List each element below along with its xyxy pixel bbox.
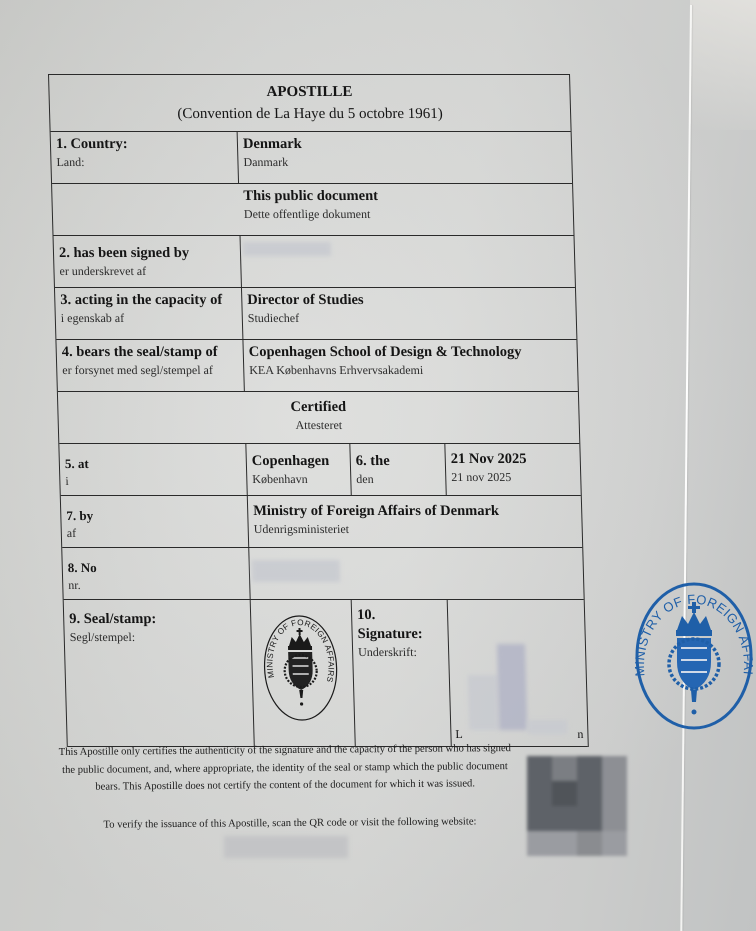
- capacity-label-da: i egenskab af: [61, 310, 237, 327]
- verify-instructions: To verify the issuance of this Apostille…: [60, 816, 520, 831]
- seal-of-value: Copenhagen School of Design & Technology: [249, 343, 573, 362]
- number-label-da: nr.: [68, 577, 244, 594]
- seal-of-label: 4. bears the seal/stamp of: [62, 343, 244, 362]
- signature-redacted: [459, 630, 552, 730]
- capacity-label: 3. acting in the capacity of: [60, 291, 237, 310]
- page-fold-shadow: [690, 0, 756, 130]
- signed-by-label-da: er underskrevet af: [59, 263, 235, 280]
- country-row: 1. Country: Land: Denmark Danmark: [51, 132, 572, 184]
- signed-by-label: 2. has been signed by: [59, 244, 236, 263]
- country-value-da: Danmark: [243, 154, 566, 171]
- certified-heading-da: Attesteret: [64, 417, 574, 434]
- at-label-da: i: [65, 473, 241, 490]
- capacity-value-da: Studiechef: [248, 310, 571, 327]
- country-value: Denmark: [243, 135, 567, 154]
- capacity-value: Director of Studies: [247, 291, 571, 310]
- date-value: 21 Nov 2025: [451, 450, 576, 469]
- disclaimer-text: This Apostille only certifies the authen…: [54, 740, 516, 797]
- by-value: Ministry of Foreign Affairs of Denmark: [253, 502, 577, 521]
- at-value: Copenhagen: [252, 452, 346, 471]
- issuer-row: 7. by af Ministry of Foreign Affairs of …: [61, 496, 582, 548]
- by-label-da: af: [67, 525, 243, 542]
- capacity-row: 3. acting in the capacity of i egenskab …: [55, 288, 576, 340]
- number-row: 8. No nr.: [62, 548, 583, 600]
- page-fold-line: [680, 5, 691, 931]
- signature-label-da: Underskrift:: [358, 644, 443, 661]
- date-value-da: 21 nov 2025: [451, 469, 575, 486]
- convention-subtitle: (Convention de La Haye du 5 octobre 1961…: [55, 103, 566, 125]
- public-document-heading: This public document: [243, 187, 568, 206]
- seal-signature-row: 9. Seal/stamp: Segl/stempel: MINISTRY OF…: [64, 600, 588, 747]
- seal-of-row: 4. bears the seal/stamp of er forsynet m…: [56, 340, 577, 392]
- at-value-da: København: [252, 471, 345, 488]
- verify-url-redacted[interactable]: [224, 836, 348, 858]
- seal-of-value-da: KEA Københavns Erhvervsakademi: [249, 362, 572, 379]
- apostille-table: APOSTILLE (Convention de La Haye du 5 oc…: [48, 74, 589, 747]
- seal-stamp-label: 9. Seal/stamp:: [69, 610, 246, 629]
- date-label-da: den: [356, 471, 440, 488]
- signed-by-row: 2. has been signed by er underskrevet af: [54, 236, 575, 288]
- public-document-heading-da: Dette offentlige dokument: [244, 206, 568, 223]
- signature-label: 10. Signature:: [357, 606, 443, 644]
- seal-stamp-label-da: Segl/stempel:: [70, 629, 246, 646]
- certified-heading: Certified: [63, 398, 574, 417]
- seal-of-label-da: er forsynet med segl/stempel af: [62, 362, 243, 379]
- date-label: 6. the: [356, 452, 441, 471]
- margin-stamp-icon: MINISTRY OF FOREIGN AFFAIRS: [633, 578, 755, 734]
- country-label: 1. Country:: [56, 135, 233, 154]
- ministry-stamp-icon: MINISTRY OF FOREIGN AFFAIRS: [261, 610, 340, 722]
- title-row: APOSTILLE (Convention de La Haye du 5 oc…: [49, 75, 571, 132]
- apostille-number-redacted: [252, 560, 341, 582]
- by-label: 7. by: [66, 506, 243, 525]
- certified-row: Certified Attesteret: [58, 392, 579, 444]
- at-label: 5. at: [65, 454, 242, 473]
- number-label: 8. No: [68, 558, 245, 577]
- country-label-da: Land:: [56, 154, 232, 171]
- document-title: APOSTILLE: [54, 81, 565, 103]
- place-date-row: 5. at i Copenhagen København 6. the den …: [59, 444, 580, 496]
- by-value-da: Udenrigsministeriet: [253, 521, 576, 538]
- signatory-name-end: n: [577, 727, 583, 742]
- signer-name-redacted: [243, 242, 331, 256]
- qr-code-redacted[interactable]: [527, 756, 627, 856]
- public-document-row: This public document Dette offentlige do…: [52, 184, 573, 236]
